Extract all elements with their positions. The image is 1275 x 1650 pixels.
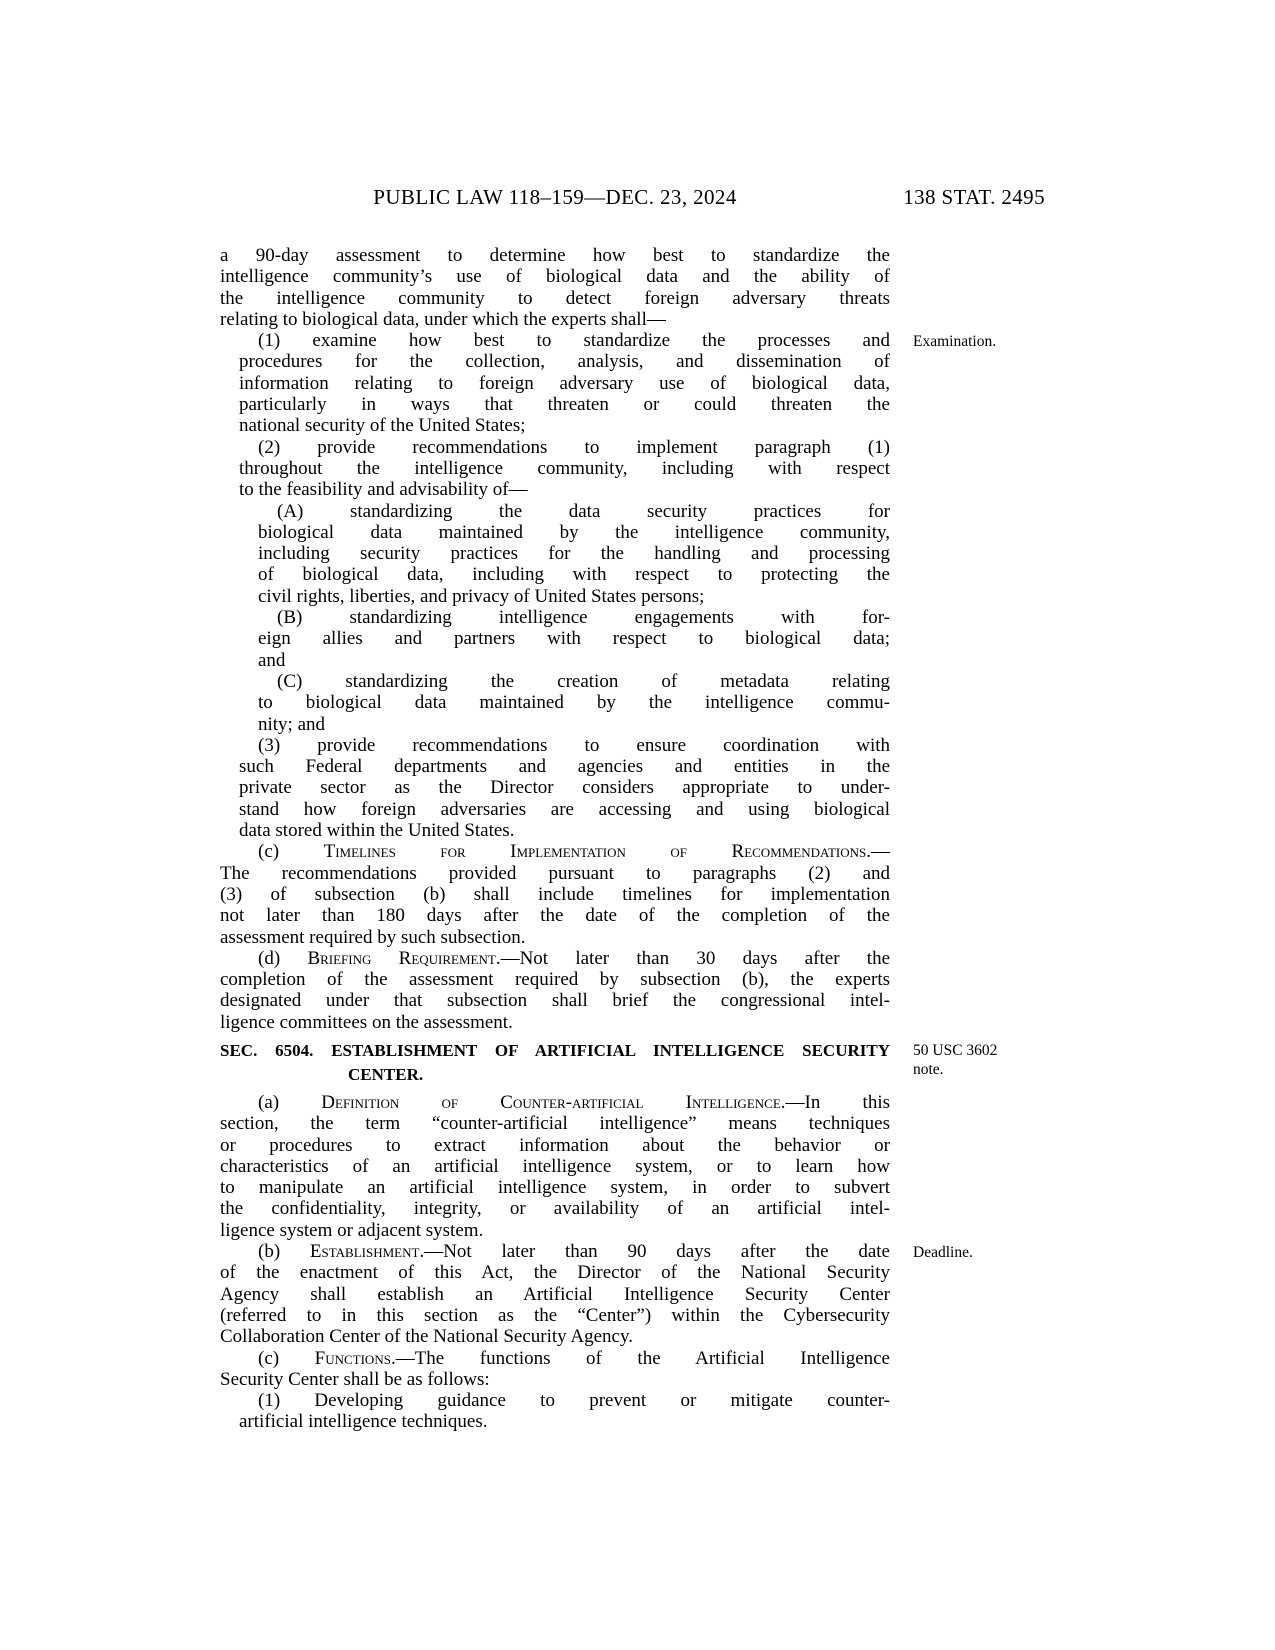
text-line: (c) Timelines for Implementation of Reco… <box>220 841 890 862</box>
text-line: the intelligence community to detect for… <box>220 288 890 309</box>
text-line: procedures for the collection, analysis,… <box>239 351 890 372</box>
text-line: to the feasibility and advisability of— <box>239 479 890 500</box>
text-line: of the enactment of this Act, the Direct… <box>220 1262 890 1283</box>
text-line: the confidentiality, integrity, or avail… <box>220 1198 890 1219</box>
section-heading: SEC. 6504. ESTABLISHMENT OF ARTIFICIAL I… <box>220 1039 1045 1087</box>
text-line: SEC. 6504. ESTABLISHMENT OF ARTIFICIAL I… <box>220 1039 890 1063</box>
text-line: (3) of subsection (b) shall include time… <box>220 884 890 905</box>
text-line: civil rights, liberties, and privacy of … <box>258 586 890 607</box>
paragraph: (c) Functions.—The functions of the Arti… <box>220 1348 1045 1391</box>
text-line: relating to biological data, under which… <box>220 309 890 330</box>
text-line: data stored within the United States. <box>239 820 890 841</box>
text-line: of biological data, including with respe… <box>258 564 890 585</box>
text-line: (b) Establishment.—Not later than 90 day… <box>220 1241 890 1262</box>
text-line: such Federal departments and agencies an… <box>239 756 890 777</box>
text-line: artificial intelligence techniques. <box>239 1411 890 1432</box>
law-title: PUBLIC LAW 118–159—DEC. 23, 2024 <box>220 184 890 210</box>
text-line: throughout the intelligence community, i… <box>239 458 890 479</box>
text-line: CENTER. <box>348 1063 890 1087</box>
text-line: including security practices for the han… <box>258 543 890 564</box>
text-line: Security Center shall be as follows: <box>220 1369 890 1390</box>
text-line: to biological data maintained by the int… <box>258 692 890 713</box>
text-line: or procedures to extract information abo… <box>220 1135 890 1156</box>
paragraph: (A) standardizing the data security prac… <box>220 501 1045 607</box>
margin-note: 50 USC 3602 note. <box>913 1041 1018 1079</box>
text-line: (2) provide recommendations to implement… <box>239 437 890 458</box>
text-line: private sector as the Director considers… <box>239 777 890 798</box>
text-line: a 90-day assessment to determine how bes… <box>220 245 890 266</box>
text-line: intelligence community’s use of biologic… <box>220 266 890 287</box>
text-line: (1) examine how best to standardize the … <box>239 330 890 351</box>
margin-note: Deadline. <box>913 1243 1018 1262</box>
text-line: not later than 180 days after the date o… <box>220 905 890 926</box>
text-line: particularly in ways that threaten or co… <box>239 394 890 415</box>
paragraph: (2) provide recommendations to implement… <box>220 437 1045 501</box>
text-line: section, the term “counter-artificial in… <box>220 1113 890 1134</box>
text-line: designated under that subsection shall b… <box>220 990 890 1011</box>
text-line: ligence committees on the assessment. <box>220 1012 890 1033</box>
text-line: (d) Briefing Requirement.—Not later than… <box>220 948 890 969</box>
text-line: national security of the United States; <box>239 415 890 436</box>
text-line: ligence system or adjacent system. <box>220 1220 890 1241</box>
text-line: characteristics of an artificial intelli… <box>220 1156 890 1177</box>
text-line: Agency shall establish an Artificial Int… <box>220 1284 890 1305</box>
paragraph: (c) Timelines for Implementation of Reco… <box>220 841 1045 947</box>
statute-body: a 90-day assessment to determine how bes… <box>220 245 1045 1433</box>
text-line: The recommendations provided pursuant to… <box>220 863 890 884</box>
text-line: eign allies and partners with respect to… <box>258 628 890 649</box>
text-line: and <box>258 650 890 671</box>
stat-page-number: 138 STAT. 2495 <box>903 184 1045 210</box>
text-line: (a) Definition of Counter-artificial Int… <box>220 1092 890 1113</box>
paragraph: (C) standardizing the creation of metada… <box>220 671 1045 735</box>
text-line: Collaboration Center of the National Sec… <box>220 1326 890 1347</box>
paragraph: (d) Briefing Requirement.—Not later than… <box>220 948 1045 1033</box>
text-line: completion of the assessment required by… <box>220 969 890 990</box>
text-line: assessment required by such subsection. <box>220 927 890 948</box>
text-line: (C) standardizing the creation of metada… <box>258 671 890 692</box>
text-line: (3) provide recommendations to ensure co… <box>239 735 890 756</box>
text-line: information relating to foreign adversar… <box>239 373 890 394</box>
text-line: (B) standardizing intelligence engagemen… <box>258 607 890 628</box>
paragraph: (1) Developing guidance to prevent or mi… <box>220 1390 1045 1433</box>
text-line: (referred to in this section as the “Cen… <box>220 1305 890 1326</box>
text-line: biological data maintained by the intell… <box>258 522 890 543</box>
paragraph: (3) provide recommendations to ensure co… <box>220 735 1045 841</box>
text-line: (A) standardizing the data security prac… <box>258 501 890 522</box>
paragraph: (a) Definition of Counter-artificial Int… <box>220 1092 1045 1241</box>
paragraph: a 90-day assessment to determine how bes… <box>220 245 1045 330</box>
margin-note: Examination. <box>913 332 1018 351</box>
text-line: to manipulate an artificial intelligence… <box>220 1177 890 1198</box>
statute-page: PUBLIC LAW 118–159—DEC. 23, 2024 138 STA… <box>0 0 1275 1650</box>
paragraph: (b) Establishment.—Not later than 90 day… <box>220 1241 1045 1347</box>
text-line: stand how foreign adversaries are access… <box>239 799 890 820</box>
text-line: nity; and <box>258 714 890 735</box>
text-line: (c) Functions.—The functions of the Arti… <box>220 1348 890 1369</box>
paragraph: (1) examine how best to standardize the … <box>220 330 1045 436</box>
paragraph: (B) standardizing intelligence engagemen… <box>220 607 1045 671</box>
page-header: PUBLIC LAW 118–159—DEC. 23, 2024 138 STA… <box>220 184 1045 212</box>
text-line: (1) Developing guidance to prevent or mi… <box>239 1390 890 1411</box>
